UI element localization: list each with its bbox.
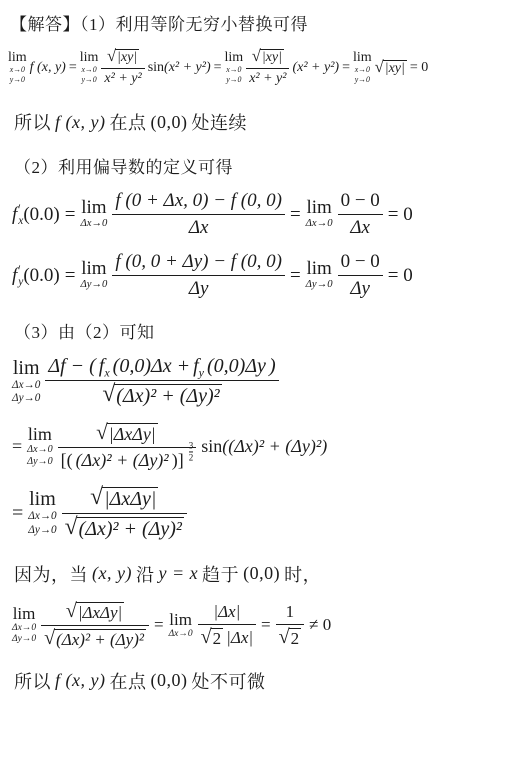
function-f: f bbox=[12, 204, 17, 226]
lim-word: lim bbox=[13, 358, 40, 379]
lim-word: lim bbox=[169, 611, 192, 629]
equals-sign: = bbox=[261, 615, 271, 635]
numerator: |Δx| bbox=[213, 602, 240, 622]
fraction: f (0, 0 + Δy) − f (0, 0) Δy bbox=[112, 251, 285, 300]
fraction-bar bbox=[112, 275, 285, 276]
fraction: √ |xy| x² + y² bbox=[246, 48, 289, 87]
radical: √ (Δx)² + (Δy)² bbox=[102, 383, 221, 408]
radicand: (Δx)² + (Δy)² bbox=[54, 629, 146, 650]
sin-function: sin bbox=[201, 436, 222, 457]
limit-operator: lim Δy→0 bbox=[80, 259, 107, 292]
subscript-y: y bbox=[199, 365, 204, 380]
fraction: 0 − 0 Δx bbox=[338, 190, 383, 239]
abs-delta-x: |Δx| bbox=[226, 628, 253, 648]
radicand: |xy| bbox=[115, 49, 139, 66]
fraction-bar bbox=[198, 624, 256, 625]
fraction-bar bbox=[62, 513, 187, 514]
lim-sub-dx: Δx→0 bbox=[169, 629, 193, 640]
equals-sign: = bbox=[65, 204, 76, 226]
denominator: x² + y² bbox=[104, 71, 141, 87]
denominator: Δx bbox=[189, 217, 209, 239]
origin-point: (0,0) bbox=[243, 563, 280, 584]
formula-differential-limit: lim Δx→0 Δy→0 Δf − ( f x (0,0)Δx + f y (… bbox=[12, 355, 525, 408]
fraction: √ |ΔxΔy| √ (Δx)² + (Δy)² bbox=[62, 486, 187, 541]
sin-function: sin bbox=[148, 60, 164, 76]
limit-operator: lim x→0 y→0 bbox=[8, 51, 27, 85]
formula-partial-y: f ′ y (0.0) = lim Δy→0 f (0, 0 + Δy) − f… bbox=[12, 251, 525, 300]
fraction-bar bbox=[41, 625, 149, 626]
function-fxy: f (x, y) bbox=[55, 112, 105, 133]
numerator: f (0, 0 + Δy) − f (0, 0) bbox=[115, 251, 282, 273]
limit-operator: lim Δx→0 Δy→0 bbox=[12, 605, 36, 646]
bracket-content: (Δx)² + (Δy)² bbox=[76, 450, 169, 471]
lim-sub-dx: Δx→0 bbox=[306, 218, 333, 231]
because-text: 因为，当 bbox=[14, 561, 88, 587]
lim-sub-x: x→0 bbox=[81, 65, 96, 74]
conclusion-text: 处连续 bbox=[191, 109, 247, 135]
lim-word: lim bbox=[353, 51, 372, 66]
because-text: 时， bbox=[284, 561, 321, 587]
formula-part1-limit-chain: lim x→0 y→0 f (x, y) = lim x→0 y→0 √ |xy… bbox=[8, 48, 525, 87]
fraction-bar bbox=[101, 68, 144, 69]
numerator-pre: Δf − ( bbox=[48, 355, 95, 378]
numerator: f (0 + Δx, 0) − f (0, 0) bbox=[115, 190, 282, 212]
lim-sub-x: x→0 bbox=[10, 65, 25, 74]
fraction: √ |ΔxΔy| [( (Δx)² + (Δy)² )] 3 2 bbox=[58, 422, 197, 472]
fraction: Δf − ( f x (0,0)Δx + f y (0,0)Δy ) √ (Δx… bbox=[45, 355, 278, 408]
subscript-x: x bbox=[104, 365, 109, 380]
argument: (0.0) bbox=[23, 204, 59, 226]
not-equal-zero: ≠ 0 bbox=[309, 615, 331, 635]
radicand: |xy| bbox=[260, 49, 284, 66]
fraction-bar bbox=[338, 214, 383, 215]
conclusion-text: 所以 bbox=[14, 109, 51, 135]
fraction: |Δx| √ 2 |Δx| bbox=[198, 602, 256, 649]
radical: √ |xy| bbox=[107, 48, 139, 66]
denominator: x² + y² bbox=[249, 71, 286, 87]
fy-term: f y bbox=[193, 355, 204, 378]
lim-sub-dy: Δy→0 bbox=[12, 634, 36, 645]
radical: √ (Δx)² + (Δy)² bbox=[44, 628, 146, 650]
conclusion-text: 处不可微 bbox=[191, 668, 265, 694]
lim-sub-dx: Δx→0 bbox=[12, 623, 36, 634]
subscript-y: y bbox=[18, 277, 23, 288]
denominator: Δy bbox=[189, 278, 209, 300]
limit-operator: lim Δy→0 bbox=[306, 259, 333, 292]
radical: √ |ΔxΔy| bbox=[90, 486, 158, 511]
lim-sub-x: x→0 bbox=[355, 65, 370, 74]
limit-operator: lim Δx→0 Δy→0 bbox=[27, 425, 53, 468]
limit-operator: lim x→0 y→0 bbox=[225, 51, 244, 85]
equals-sign: = bbox=[12, 502, 23, 525]
equals-sign: = bbox=[154, 615, 164, 635]
fraction-bar bbox=[338, 275, 383, 276]
multiplier-term: (x² + y²) bbox=[292, 60, 339, 76]
fx-term: f x bbox=[99, 355, 110, 378]
numerator: 0 − 0 bbox=[341, 251, 380, 273]
subscript-x: x bbox=[18, 216, 23, 227]
radical: √ |ΔxΔy| bbox=[66, 601, 124, 623]
lim-sub-dx: Δx→0 bbox=[80, 218, 107, 231]
formula-partial-x: f ′ x (0.0) = lim Δx→0 f (0 + Δx, 0) − f… bbox=[12, 190, 525, 239]
formula-path-limit: lim Δx→0 Δy→0 √ |ΔxΔy| √ (Δx)² + (Δy)² =… bbox=[12, 601, 525, 650]
origin-point: (0,0) bbox=[150, 112, 187, 133]
partial-derivative-fx: f ′ x (0.0) bbox=[12, 203, 60, 226]
lim-word: lim bbox=[8, 51, 27, 66]
radicand: |xy| bbox=[383, 60, 407, 77]
conclusion-text: 在点 bbox=[109, 109, 146, 135]
radical: √ |ΔxΔy| bbox=[96, 422, 158, 445]
limit-operator: lim Δx→0 Δy→0 bbox=[12, 358, 40, 406]
radical: √ |xy| bbox=[375, 59, 407, 77]
differentiability-conclusion: 所以 f (x, y) 在点 (0,0) 处不可微 bbox=[14, 668, 525, 694]
because-text: 趋于 bbox=[202, 561, 239, 587]
bracket-open: [( bbox=[61, 450, 73, 471]
equals-sign: = bbox=[69, 60, 77, 76]
fraction-bar bbox=[246, 68, 289, 69]
radical: √ |xy| bbox=[252, 48, 284, 66]
numerator-mid: (0,0)Δx + bbox=[113, 355, 190, 378]
limit-operator: lim x→0 y→0 bbox=[353, 51, 372, 85]
lim-word: lim bbox=[306, 198, 331, 218]
radicand: (Δx)² + (Δy)² bbox=[77, 517, 184, 541]
lim-sub-dy: Δy→0 bbox=[28, 524, 56, 537]
sin-term: sin (x² + y²) bbox=[148, 60, 211, 76]
lim-word: lim bbox=[225, 51, 244, 66]
solution-heading: 【解答】（1）利用等阶无穷小替换可得 bbox=[10, 10, 525, 35]
lim-sub-y: y→0 bbox=[355, 75, 370, 84]
lim-sub-x: x→0 bbox=[226, 65, 241, 74]
argument: (0.0) bbox=[23, 265, 59, 287]
partial-derivative-fy: f ′ y (0.0) bbox=[12, 264, 60, 287]
fraction-bar bbox=[58, 447, 197, 448]
exponent-numerator: 3 bbox=[189, 441, 194, 450]
origin-point: (0,0) bbox=[150, 670, 187, 691]
radicand: 2 bbox=[289, 628, 302, 649]
lim-sub-dy: Δy→0 bbox=[27, 456, 53, 468]
lim-sub-dx: Δx→0 bbox=[12, 379, 40, 392]
fraction: √ |xy| x² + y² bbox=[101, 48, 144, 87]
sin-argument: (x² + y²) bbox=[164, 60, 211, 76]
radicand: |ΔxΔy| bbox=[76, 602, 124, 623]
function-f: f bbox=[12, 265, 17, 287]
lim-word: lim bbox=[81, 198, 106, 218]
section3-heading: （3）由（2）可知 bbox=[14, 318, 525, 343]
fraction: 0 − 0 Δy bbox=[338, 251, 383, 300]
equals-sign: = bbox=[65, 265, 76, 287]
function-fxy: f (x, y) bbox=[30, 60, 66, 76]
radicand: 2 bbox=[211, 628, 224, 649]
lim-sub-dy: Δy→0 bbox=[80, 279, 107, 292]
path-equation: y = x bbox=[158, 563, 198, 584]
equals-sign: = bbox=[342, 60, 350, 76]
radicand: |ΔxΔy| bbox=[107, 423, 158, 445]
equals-zero: = 0 bbox=[410, 60, 428, 76]
numerator: 1 bbox=[286, 602, 295, 622]
section2-heading: （2）利用偏导数的定义可得 bbox=[14, 153, 525, 178]
lim-word: lim bbox=[306, 259, 331, 279]
radical: √ 2 bbox=[279, 627, 302, 649]
limit-operator: lim Δx→0 bbox=[80, 198, 107, 231]
lim-word: lim bbox=[81, 259, 106, 279]
equals-sign: = bbox=[12, 436, 22, 457]
function-fxy: f (x, y) bbox=[55, 670, 105, 691]
fraction-bar bbox=[276, 624, 305, 625]
limit-operator: lim x→0 y→0 bbox=[80, 51, 99, 85]
lim-sub-dy: Δy→0 bbox=[306, 279, 333, 292]
limit-operator: lim Δx→0 Δy→0 bbox=[28, 489, 56, 537]
because-statement: 因为，当 (x, y) 沿 y = x 趋于 (0,0) 时， bbox=[14, 561, 525, 587]
formula-expanded-limit: = lim Δx→0 Δy→0 √ |ΔxΔy| [( (Δx)² + (Δy)… bbox=[12, 422, 525, 472]
equals-zero: = 0 bbox=[388, 204, 413, 226]
fraction: f (0 + Δx, 0) − f (0, 0) Δx bbox=[112, 190, 285, 239]
denominator: Δy bbox=[350, 278, 370, 300]
math-solution-document: 【解答】（1）利用等阶无穷小替换可得 lim x→0 y→0 f (x, y) … bbox=[0, 0, 531, 783]
lim-sub-dx: Δx→0 bbox=[28, 510, 56, 523]
because-text: 沿 bbox=[136, 561, 155, 587]
radical: √ 2 bbox=[201, 627, 224, 649]
lim-sub-dx: Δx→0 bbox=[27, 444, 53, 456]
fraction-bar bbox=[45, 380, 278, 381]
numerator-close: ) bbox=[269, 355, 276, 378]
exponent-three-halves: 3 2 bbox=[189, 441, 194, 463]
lim-word: lim bbox=[80, 51, 99, 66]
fraction: 1 √ 2 bbox=[276, 602, 305, 649]
point-xy: (x, y) bbox=[92, 563, 132, 584]
lim-word: lim bbox=[13, 605, 36, 623]
radical: √ (Δx)² + (Δy)² bbox=[65, 516, 184, 541]
prime-subscript-stack: ′ y bbox=[18, 265, 23, 288]
lim-word: lim bbox=[28, 425, 52, 444]
conclusion-text: 在点 bbox=[109, 668, 146, 694]
fraction: √ |ΔxΔy| √ (Δx)² + (Δy)² bbox=[41, 601, 149, 650]
sin-argument: ((Δx)² + (Δy)²) bbox=[222, 436, 327, 457]
lim-sub-dy: Δy→0 bbox=[12, 392, 40, 405]
equals-sign: = bbox=[214, 60, 222, 76]
exponent-denominator: 2 bbox=[189, 454, 194, 463]
lim-sub-y: y→0 bbox=[10, 75, 25, 84]
bracket-close: )] bbox=[172, 450, 184, 471]
sin-term: sin ((Δx)² + (Δy)²) bbox=[201, 436, 327, 457]
fraction-bar bbox=[112, 214, 285, 215]
numerator-mid: (0,0)Δy bbox=[207, 355, 266, 378]
denominator: Δx bbox=[350, 217, 370, 239]
radicand: |ΔxΔy| bbox=[102, 487, 158, 511]
equals-sign: = bbox=[290, 265, 301, 287]
numerator: 0 − 0 bbox=[341, 190, 380, 212]
lim-sub-y: y→0 bbox=[81, 75, 96, 84]
equals-zero: = 0 bbox=[388, 265, 413, 287]
limit-operator: lim Δx→0 bbox=[169, 611, 193, 640]
equals-sign: = bbox=[290, 204, 301, 226]
limit-operator: lim Δx→0 bbox=[306, 198, 333, 231]
formula-simplified-limit: = lim Δx→0 Δy→0 √ |ΔxΔy| √ (Δx)² + (Δy)² bbox=[12, 486, 525, 541]
continuity-conclusion: 所以 f (x, y) 在点 (0,0) 处连续 bbox=[14, 109, 525, 135]
radicand: (Δx)² + (Δy)² bbox=[114, 384, 221, 408]
conclusion-text: 所以 bbox=[14, 668, 51, 694]
prime-subscript-stack: ′ x bbox=[18, 204, 23, 227]
lim-word: lim bbox=[29, 489, 56, 510]
lim-sub-y: y→0 bbox=[226, 75, 241, 84]
